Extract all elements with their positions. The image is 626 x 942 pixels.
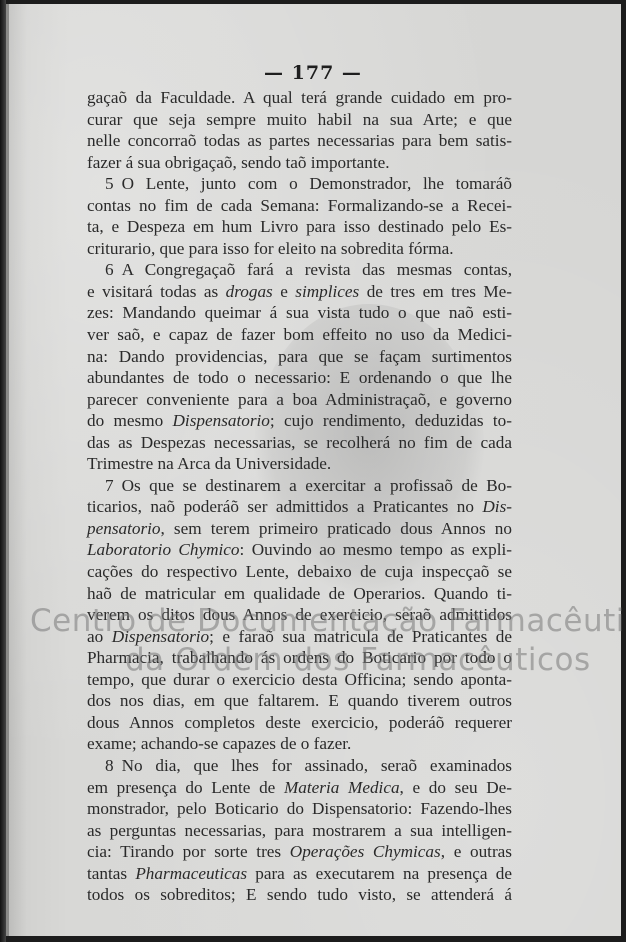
italic-term: pensatorio: [87, 519, 161, 538]
italic-term: drogas: [226, 282, 273, 301]
line-text: exame; achando-se capazes de o fazer.: [87, 734, 351, 753]
line-text: Pharmacia, trabalhando ás ordens do Boti…: [87, 648, 512, 667]
text-line: parecer conveniente para a boa Administr…: [87, 389, 512, 411]
paragraph-start-line: 5O Lente, junto com o Demonstrador, lhe …: [87, 173, 512, 195]
paragraph-start-line: 6A Congregaçaõ fará a revista das mesmas…: [87, 259, 512, 281]
line-text: A Congregaçaõ fará a revista das mesmas …: [122, 260, 512, 279]
text-segment: ao: [87, 627, 112, 646]
text-segment: do mesmo: [87, 411, 173, 430]
body-text: gaçaõ da Faculdade. A qual terá grande c…: [87, 87, 512, 906]
paragraph-start-line: 7Os que se destinarem a exercitar a prof…: [87, 475, 512, 497]
text-line: fazer á sua obrigaçaõ, sendo taõ importa…: [87, 152, 512, 174]
page-number: — 177 —: [0, 62, 626, 84]
text-line: e visitará todas as drogas e simplices d…: [87, 281, 512, 303]
line-text: dos nos dias, em que faltarem. E quando …: [87, 691, 512, 710]
line-text: Os que se destinarem a exercitar a profi…: [122, 476, 512, 495]
italic-term: Dispensatorio: [173, 411, 270, 430]
text-line: ao Dispensatorio; e faraõ sua matricula …: [87, 626, 512, 648]
text-line: das as Despezas necessarias, se recolher…: [87, 432, 512, 454]
text-line: cia: Tirando por sorte tres Operações Ch…: [87, 841, 512, 863]
text-segment: para as executarem na presença de: [247, 864, 512, 883]
line-text: parecer conveniente para a boa Administr…: [87, 390, 512, 409]
line-text: tempo, que durar o exercicio desta Offic…: [87, 670, 512, 689]
paragraph-number: 5: [105, 174, 114, 193]
paragraph-start-line: 8No dia, que lhes for assinado, seraõ ex…: [87, 755, 512, 777]
line-text: zes: Mandando queimar á sua vista tudo o…: [87, 303, 512, 322]
line-text: nelle concorraõ todas as partes necessar…: [87, 131, 512, 150]
text-line: todos os sobreditos; E sendo tudo visto,…: [87, 884, 512, 906]
line-text: gaçaõ da Faculdade. A qual terá grande c…: [87, 88, 512, 107]
italic-term: simplices: [295, 282, 359, 301]
line-text: verem os ditos dous Annos de exercicio, …: [87, 605, 512, 624]
text-line: as perguntas necessarias, para mostrarem…: [87, 820, 512, 842]
text-line: Laboratorio Chymico: Ouvindo ao mesmo te…: [87, 539, 512, 561]
line-text: Trimestre na Arca da Universidade.: [87, 454, 331, 473]
text-line: ver saõ, e capaz de fazer bom effeito no…: [87, 324, 512, 346]
italic-term: Operações Chymicas: [290, 842, 441, 861]
line-text: No dia, que lhes for assinado, seraõ exa…: [122, 756, 512, 775]
text-line: criturario, que para isso for eleito na …: [87, 238, 512, 260]
text-segment: ticarios, naõ poderáõ ser admittidos a P…: [87, 497, 482, 516]
italic-term: Dispensatorio: [112, 627, 209, 646]
text-line: zes: Mandando queimar á sua vista tudo o…: [87, 302, 512, 324]
line-text: ta, e Despeza em hum Livro para isso des…: [87, 217, 512, 236]
text-segment: em presença do Lente de: [87, 778, 284, 797]
text-segment: ; e faraõ sua matricula de Praticantes d…: [209, 627, 512, 646]
text-line: do mesmo Dispensatorio; cujo rendimento,…: [87, 410, 512, 432]
text-line: cações do respectivo Lente, debaixo de c…: [87, 561, 512, 583]
text-line: nelle concorraõ todas as partes necessar…: [87, 130, 512, 152]
line-text: O Lente, junto com o Demonstrador, lhe t…: [122, 174, 512, 193]
text-line: dos nos dias, em que faltarem. E quando …: [87, 690, 512, 712]
text-line: Trimestre na Arca da Universidade.: [87, 453, 512, 475]
text-segment: , sem terem primeiro praticado dous Anno…: [161, 519, 512, 538]
text-line: dous Annos completos deste exercicio, po…: [87, 712, 512, 734]
text-segment: de tres em tres Me-: [359, 282, 512, 301]
text-line: gaçaõ da Faculdade. A qual terá grande c…: [87, 87, 512, 109]
text-line: abundantes de todo o necessario: E orden…: [87, 367, 512, 389]
text-segment: cia: Tirando por sorte tres: [87, 842, 290, 861]
text-line: pensatorio, sem terem primeiro praticado…: [87, 518, 512, 540]
text-line: monstrador, pelo Boticario do Dispensato…: [87, 798, 512, 820]
text-line: ta, e Despeza em hum Livro para isso des…: [87, 216, 512, 238]
line-text: todos os sobreditos; E sendo tudo visto,…: [87, 885, 512, 904]
line-text: monstrador, pelo Boticario do Dispensato…: [87, 799, 512, 818]
line-text: contas no fim de cada Semana: Formalizan…: [87, 196, 512, 215]
text-segment: tantas: [87, 864, 135, 883]
line-text: ver saõ, e capaz de fazer bom effeito no…: [87, 325, 512, 344]
paragraph-number: 7: [105, 476, 114, 495]
line-text: fazer á sua obrigaçaõ, sendo taõ importa…: [87, 153, 390, 172]
italic-term: Pharmaceuticas: [135, 864, 247, 883]
text-line: tempo, que durar o exercicio desta Offic…: [87, 669, 512, 691]
text-segment: e: [273, 282, 296, 301]
italic-term: Dis-: [482, 497, 512, 516]
line-text: cações do respectivo Lente, debaixo de c…: [87, 562, 512, 581]
line-text: criturario, que para isso for eleito na …: [87, 239, 454, 258]
text-line: Pharmacia, trabalhando ás ordens do Boti…: [87, 647, 512, 669]
text-line: verem os ditos dous Annos de exercicio, …: [87, 604, 512, 626]
italic-term: Materia Medica: [284, 778, 400, 797]
text-line: haõ de matricular em qualidade de Operar…: [87, 583, 512, 605]
text-segment: ; cujo rendimento, deduzidas to-: [270, 411, 512, 430]
text-line: tantas Pharmaceuticas para as executarem…: [87, 863, 512, 885]
line-text: curar que seja sempre muito habil na sua…: [87, 110, 512, 129]
paragraph-number: 6: [105, 260, 114, 279]
line-text: na: Dando providencias, para que se faça…: [87, 347, 512, 366]
text-line: curar que seja sempre muito habil na sua…: [87, 109, 512, 131]
text-segment: , e outras: [441, 842, 512, 861]
italic-term: Laboratorio Chymico: [87, 540, 240, 559]
line-text: haõ de matricular em qualidade de Operar…: [87, 584, 512, 603]
text-segment: , e do seu De-: [400, 778, 512, 797]
line-text: as perguntas necessarias, para mostrarem…: [87, 821, 512, 840]
text-line: na: Dando providencias, para que se faça…: [87, 346, 512, 368]
paragraph-number: 8: [105, 756, 114, 775]
text-line: em presença do Lente de Materia Medica, …: [87, 777, 512, 799]
text-segment: : Ouvindo ao mesmo tempo as expli-: [240, 540, 512, 559]
text-segment: e visitará todas as: [87, 282, 226, 301]
text-line: exame; achando-se capazes de o fazer.: [87, 733, 512, 755]
line-text: das as Despezas necessarias, se recolher…: [87, 433, 512, 452]
line-text: dous Annos completos deste exercicio, po…: [87, 713, 512, 732]
line-text: abundantes de todo o necessario: E orden…: [87, 368, 512, 387]
text-line: ticarios, naõ poderáõ ser admittidos a P…: [87, 496, 512, 518]
text-line: contas no fim de cada Semana: Formalizan…: [87, 195, 512, 217]
